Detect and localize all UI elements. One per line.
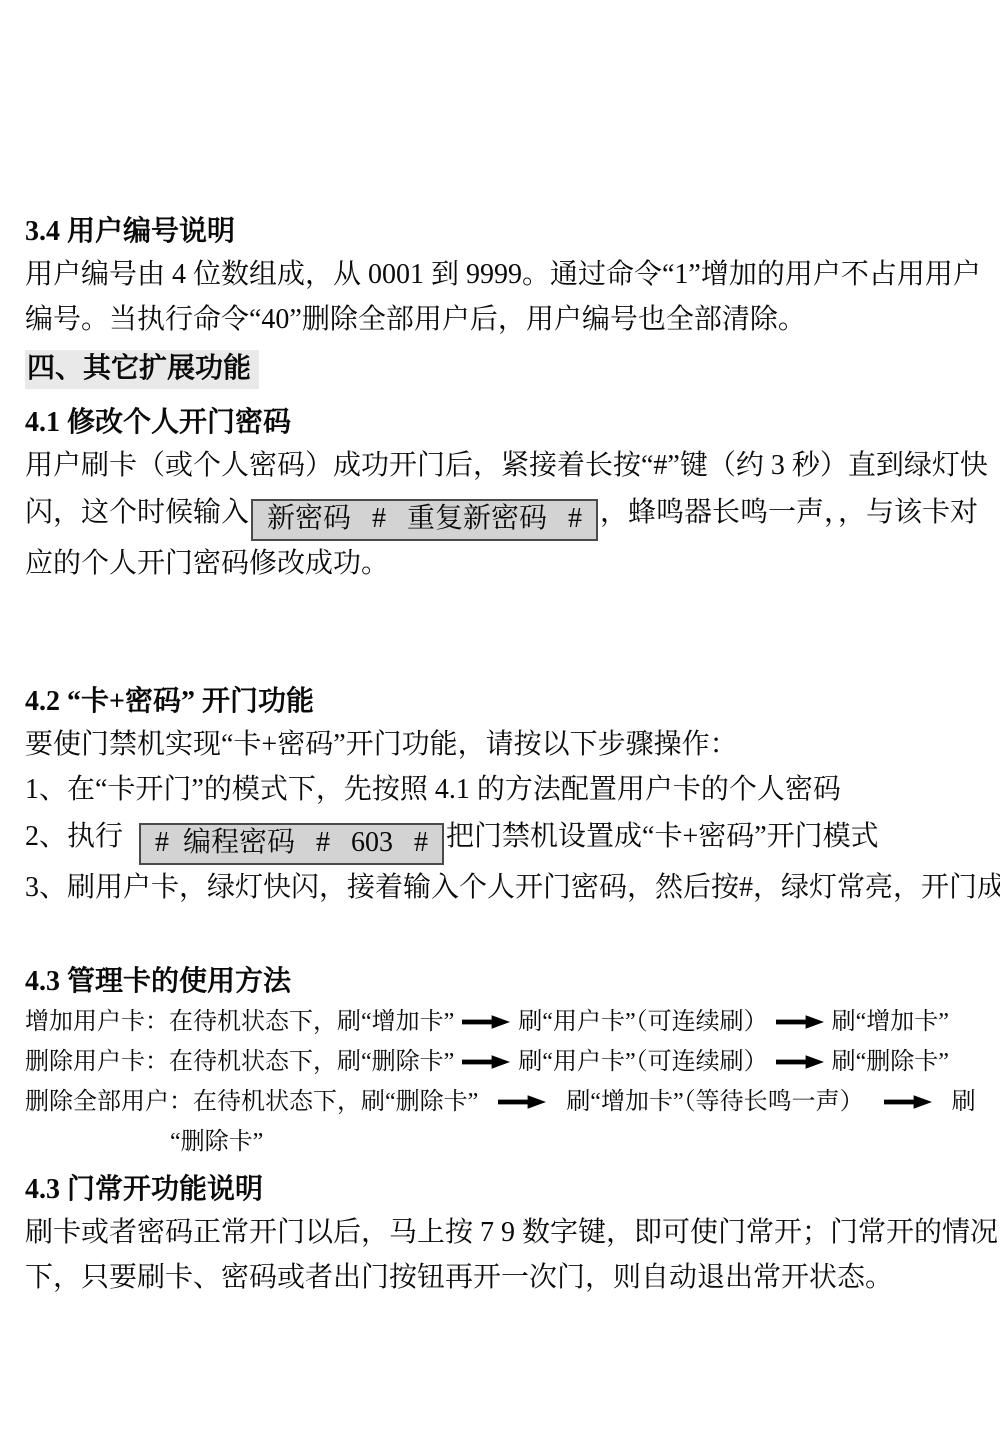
flow-step: 刷“用户卡”（可连续刷） [518, 1049, 767, 1075]
paragraph-segment: 闪，这个时候输入 [25, 497, 249, 528]
section-heading-4-3-door: 4.3 门常开功能说明 [25, 1170, 975, 1210]
card-flow-row: 删除全部用户：在待机状态下，刷“删除卡”刷“增加卡”（等待长鸣一声）刷 [25, 1082, 975, 1122]
paragraph-line-with-box: 2、执行 # 编程密码 # 603 #把门禁机设置成“卡+密码”开门模式 [25, 812, 975, 865]
paragraph-segment: ，蜂鸣器长鸣一声，，与该卡对 [600, 497, 978, 528]
section-heading-4-3-cards: 4.3 管理卡的使用方法 [25, 962, 975, 1002]
chapter-heading-4: 四、其它扩展功能 [25, 350, 975, 389]
flow-step: 刷“删除卡” [832, 1049, 949, 1075]
paragraph-segment: 2、执行 [25, 821, 123, 852]
flow-step: 删除全部用户：在待机状态下，刷“删除卡” [25, 1089, 478, 1115]
paragraph-line: 编号。当执行命令“40”删除全部用户后，用户编号也全部清除。 [25, 297, 975, 342]
manual-page: 3.4 用户编号说明 用户编号由 4 位数组成，从 0001 到 9999。通过… [0, 0, 1000, 1430]
flow-step: 刷“增加卡” [832, 1009, 949, 1035]
paragraph-line: 要使门禁机实现“卡+密码”开门功能，请按以下步骤操作： [25, 722, 975, 767]
paragraph-line: 1、在“卡开门”的模式下，先按照 4.1 的方法配置用户卡的个人密码 [25, 767, 975, 812]
keypad-sequence-box: 新密码 # 重复新密码 # [251, 499, 598, 541]
right-arrow-icon [498, 1093, 546, 1111]
right-arrow-icon [776, 1013, 824, 1031]
right-arrow-icon [884, 1093, 932, 1111]
flow-step: 刷“用户卡”（可连续刷） [518, 1009, 767, 1035]
flow-step: 增加用户卡：在待机状态下，刷“增加卡” [25, 1009, 454, 1035]
paragraph-line: 下，只要刷卡、密码或者出门按钮再开一次门，则自动退出常开状态。 [25, 1255, 975, 1300]
chapter-heading-highlight: 四、其它扩展功能 [25, 350, 259, 389]
flow-step: 刷 [952, 1089, 976, 1115]
paragraph-line: 用户刷卡（或个人密码）成功开门后，紧接着长按“#”键（约 3 秒）直到绿灯快 [25, 443, 975, 488]
paragraph-line: 应的个人开门密码修改成功。 [25, 541, 975, 586]
paragraph-line: 用户编号由 4 位数组成，从 0001 到 9999。通过命令“1”增加的用户不… [25, 252, 975, 297]
section-heading-4-1: 4.1 修改个人开门密码 [25, 403, 975, 443]
card-flow-row: 增加用户卡：在待机状态下，刷“增加卡”刷“用户卡”（可连续刷）刷“增加卡” [25, 1002, 975, 1042]
card-flow-row: 删除用户卡：在待机状态下，刷“删除卡”刷“用户卡”（可连续刷）刷“删除卡” [25, 1042, 975, 1082]
flow-step: 刷“增加卡”（等待长鸣一声） [566, 1089, 863, 1115]
card-flow-continuation: “删除卡” [25, 1122, 975, 1162]
paragraph-segment: 把门禁机设置成“卡+密码”开门模式 [446, 821, 879, 852]
right-arrow-icon [462, 1013, 510, 1031]
keypad-sequence-box: # 编程密码 # 603 # [139, 823, 444, 865]
paragraph-line: 3、刷用户卡，绿灯快闪，接着输入个人开门密码，然后按#，绿灯常亮，开门成功 [25, 865, 975, 910]
paragraph-line-with-box: 闪，这个时候输入新密码 # 重复新密码 #，蜂鸣器长鸣一声，，与该卡对 [25, 488, 975, 541]
right-arrow-icon [776, 1053, 824, 1071]
section-heading-3-4: 3.4 用户编号说明 [25, 212, 975, 252]
paragraph-line: 刷卡或者密码正常开门以后，马上按 7 9 数字键，即可使门常开；门常开的情况 [25, 1210, 975, 1255]
right-arrow-icon [462, 1053, 510, 1071]
flow-step: 删除用户卡：在待机状态下，刷“删除卡” [25, 1049, 454, 1075]
section-heading-4-2: 4.2 “卡+密码” 开门功能 [25, 682, 975, 722]
